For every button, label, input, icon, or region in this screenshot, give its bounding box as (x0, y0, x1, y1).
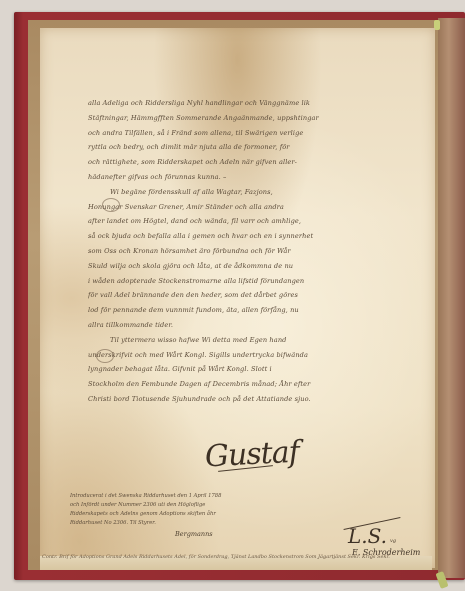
body-line-paragraph-start: Wi begäne fördensskull af alla Wagtar, F… (88, 185, 398, 200)
body-line: i wåden adopterade Stockenstromarne alla… (88, 274, 398, 289)
body-line: underskrifvit och med Wårt Kongl. Sigill… (88, 348, 398, 363)
registration-line: och Infördt under Nummer 2306 uti den Hö… (70, 501, 255, 510)
body-line: så ock bjuda och befalla alla i gemen oc… (88, 229, 398, 244)
document-body-text: alla Adeliga och Riddersliga Nyhl handli… (88, 96, 398, 407)
body-line: allra tillkommande tider. (88, 318, 398, 333)
body-line: och andra Tilfällen, så i Fränd som alle… (88, 126, 398, 141)
body-line: och rättighete, som Ridderskapet och Ade… (88, 155, 398, 170)
registration-line: Introducerat i det Swenska Riddarhuset d… (70, 492, 255, 501)
body-line: after landet om Högtel, dand och wända, … (88, 214, 398, 229)
footer-note: Contr. Brif för Adoptions Grand Adels Ri… (42, 554, 432, 560)
countersignature-monogram: L.S. (348, 524, 387, 548)
paragraph-flourish-icon (96, 349, 114, 363)
registration-note: Introducerat i det Swenska Riddarhuset d… (70, 492, 255, 528)
countersignature-superscript: vg (390, 538, 396, 544)
body-line: Christi bord Tiotusende Sjuhundrade och … (88, 392, 398, 407)
body-line: ryttla och bedry, och dimlit mär njuta a… (88, 140, 398, 155)
body-line: som Oss och Kronan hörsamhet äro förbund… (88, 244, 398, 259)
body-line: Skuld wilja och skola gjöra och låta, at… (88, 259, 398, 274)
body-line: hädanefter gifvas och förunnas kunna. – (88, 170, 398, 185)
binding-spine-strip (438, 18, 465, 578)
royal-signature: Gustaf (204, 435, 299, 475)
paragraph-flourish-icon (102, 198, 120, 212)
body-line: Honungar Svenskar Grener, Amir Ständer o… (88, 200, 398, 215)
body-line: för vall Adel brännande den den heder, s… (88, 288, 398, 303)
registration-signer: Bergmanns (175, 530, 213, 538)
registration-line: Riddarhuset No 2306. Til Styrer. (70, 519, 255, 528)
registration-line: Ridderskapets och Adelns genom Adoptions… (70, 510, 255, 519)
body-line-paragraph-start: Til yttermera wisso hafwe Wi detta med E… (88, 333, 398, 348)
body-line: alla Adeliga och Riddersliga Nyhl handli… (88, 96, 398, 111)
body-line: Stäftningar, Hämmgfften Sommerande Angaä… (88, 111, 398, 126)
body-line: lyngnader behagat låta. Gifvnit på Wårt … (88, 362, 398, 377)
body-line: lod för pennande dem vunnmit fundom, äta… (88, 303, 398, 318)
body-line: Stockholm den Fembunde Dagen af Decembri… (88, 377, 398, 392)
